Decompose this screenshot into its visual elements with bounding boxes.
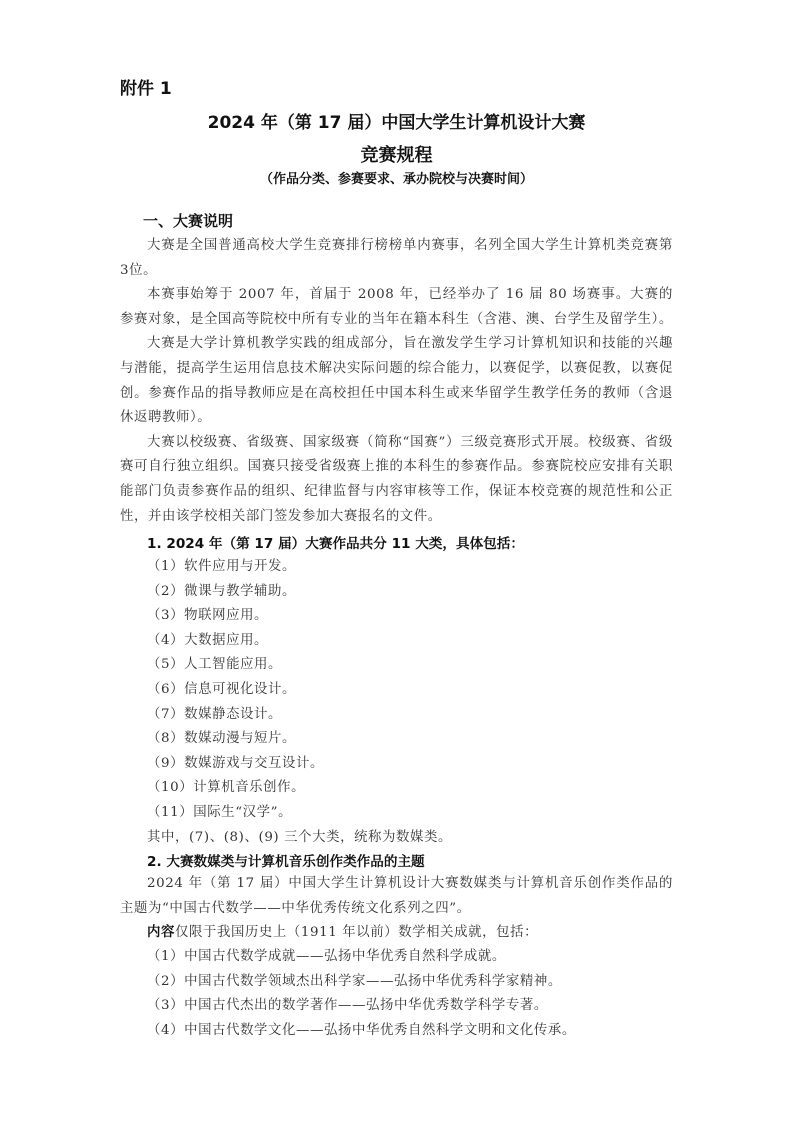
attachment-label: 附件 1 — [120, 74, 172, 99]
document-subtitle-main: 竞赛规程 — [0, 141, 793, 167]
list-item: （9）数媒游戏与交互设计。 — [147, 752, 452, 777]
content-text: 仅限于我国历史上（1911 年以前）数学相关成就，包括： — [175, 925, 538, 940]
list-item: （6）信息可视化设计。 — [147, 678, 452, 703]
list-item: （8）数媒动漫与短片。 — [147, 727, 452, 752]
list-item: （11）国际生“汉学”。 — [147, 801, 452, 826]
theme-paragraph: 2024 年（第 17 届）中国大学生计算机设计大赛数媒类与计算机音乐创作类作品… — [120, 872, 673, 921]
content-paragraph: 内容仅限于我国历史上（1911 年以前）数学相关成就，包括： — [120, 921, 673, 946]
list-item: （10）计算机音乐创作。 — [147, 776, 452, 801]
subsection-heading-2: 2. 大赛数媒类与计算机音乐创作类作品的主题 — [147, 850, 425, 870]
list-item: （4）大数据应用。 — [147, 629, 452, 654]
list-item: （2）中国古代数学领域杰出科学家——弘扬中华优秀科学家精神。 — [147, 970, 576, 995]
list-note: 其中，(7)、(8)、(9) 三个大类，统称为数媒类。 — [147, 826, 452, 851]
document-title: 2024 年（第 17 届）中国大学生计算机设计大赛 — [0, 108, 793, 133]
paragraph: 大赛是全国普通高校大学生竞赛排行榜榜单内赛事，名列全国大学生计算机类竞赛第3位。 — [120, 234, 673, 283]
section-heading-1: 一、大赛说明 — [143, 210, 233, 231]
list-item: （1）软件应用与开发。 — [147, 555, 452, 580]
list-item: （2）微课与教学辅助。 — [147, 580, 452, 605]
list-item: （3）中国古代杰出的数学著作——弘扬中华优秀数学科学专著。 — [147, 994, 576, 1019]
subsection-heading-1: 1. 2024 年（第 17 届）大赛作品共分 11 大类，具体包括： — [147, 532, 524, 552]
category-list: （1）软件应用与开发。 （2）微课与教学辅助。 （3）物联网应用。 （4）大数据… — [147, 555, 452, 850]
section-1-body: 大赛是全国普通高校大学生竞赛排行榜榜单内赛事，名列全国大学生计算机类竞赛第3位。… — [120, 234, 673, 529]
list-item: （5）人工智能应用。 — [147, 653, 452, 678]
document-page: 附件 1 2024 年（第 17 届）中国大学生计算机设计大赛 竞赛规程 （作品… — [0, 0, 793, 1122]
theme-list: （1）中国古代数学成就——弘扬中华优秀自然科学成就。 （2）中国古代数学领域杰出… — [147, 945, 576, 1043]
content-label: 内容 — [147, 925, 175, 940]
list-item: （7）数媒静态设计。 — [147, 703, 452, 728]
section-2-body: 2024 年（第 17 届）中国大学生计算机设计大赛数媒类与计算机音乐创作类作品… — [120, 872, 673, 946]
document-subtitle-note: （作品分类、参赛要求、承办院校与决赛时间） — [0, 168, 793, 187]
list-item: （4）中国古代数学文化——弘扬中华优秀自然科学文明和文化传承。 — [147, 1019, 576, 1044]
list-item: （1）中国古代数学成就——弘扬中华优秀自然科学成就。 — [147, 945, 576, 970]
paragraph: 大赛是大学计算机教学实践的组成部分，旨在激发学生学习计算机知识和技能的兴趣与潜能… — [120, 332, 673, 430]
list-item: （3）物联网应用。 — [147, 604, 452, 629]
paragraph: 大赛以校级赛、省级赛、国家级赛（简称“国赛”）三级竞赛形式开展。校级赛、省级赛可… — [120, 431, 673, 529]
paragraph: 本赛事始筹于 2007 年，首届于 2008 年，已经举办了 16 届 80 场… — [120, 283, 673, 332]
